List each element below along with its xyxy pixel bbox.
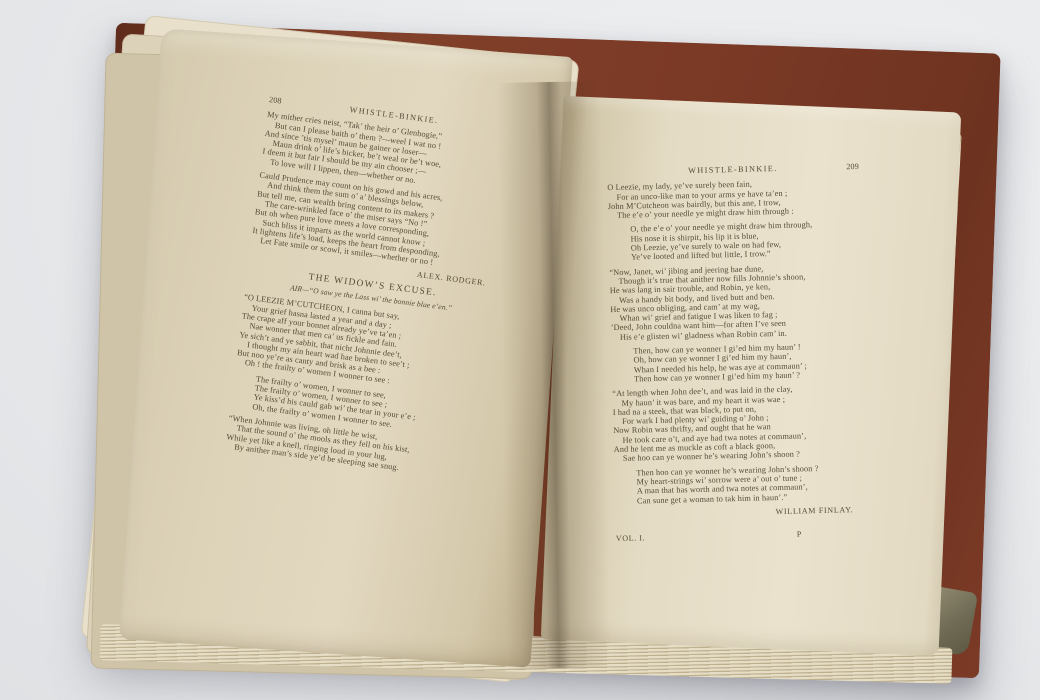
header-spacer <box>483 129 519 134</box>
stanza: O Leezie, my lady, ye’ve surely been fai… <box>607 177 860 220</box>
page-number-right: 209 <box>823 162 859 172</box>
signature-mark: P <box>797 530 802 539</box>
left-page: 208 WHISTLE-BINKIE. My mither cries neis… <box>119 28 573 667</box>
volume-label: VOL. I. <box>616 533 646 543</box>
stanza: Then hoo can ye wonner he’s wearing John… <box>636 462 867 505</box>
right-page-text: WHISTLE-BINKIE. 209 O Leezie, my lady, y… <box>607 162 868 543</box>
photo-background: 208 WHISTLE-BINKIE. My mither cries neis… <box>0 0 1040 700</box>
poem-whether-or-no: My mither cries neist, “Tak’ the heir o’… <box>251 110 518 276</box>
header-spacer <box>607 174 643 175</box>
poem-widows-excuse: “O LEEZIE M’CUTCHEON, I canna but say,Yo… <box>225 293 495 482</box>
stanza: Then, how can ye wonner I gi’ed him my h… <box>633 341 864 384</box>
poem-widows-excuse-continued: O Leezie, my lady, ye’ve surely been fai… <box>607 177 867 506</box>
page-footer: VOL. I. P <box>616 528 868 543</box>
running-header-title: WHISTLE-BINKIE. <box>643 163 823 177</box>
left-page-text: 208 WHISTLE-BINKIE. My mither cries neis… <box>224 95 520 487</box>
poem-attribution: WILLIAM FINLAY. <box>615 505 867 520</box>
stanza: O, the e’e o’ your needle ye might draw … <box>630 219 861 262</box>
right-page: WHISTLE-BINKIE. 209 O Leezie, my lady, y… <box>541 96 961 656</box>
stanza: “Now, Janet, wi’ jibing and jeering hae … <box>609 262 863 343</box>
stanza: “At length when John dee’t, and was laid… <box>612 383 866 464</box>
page-number-left: 208 <box>268 95 305 109</box>
running-header-right: WHISTLE-BINKIE. 209 <box>607 162 859 177</box>
